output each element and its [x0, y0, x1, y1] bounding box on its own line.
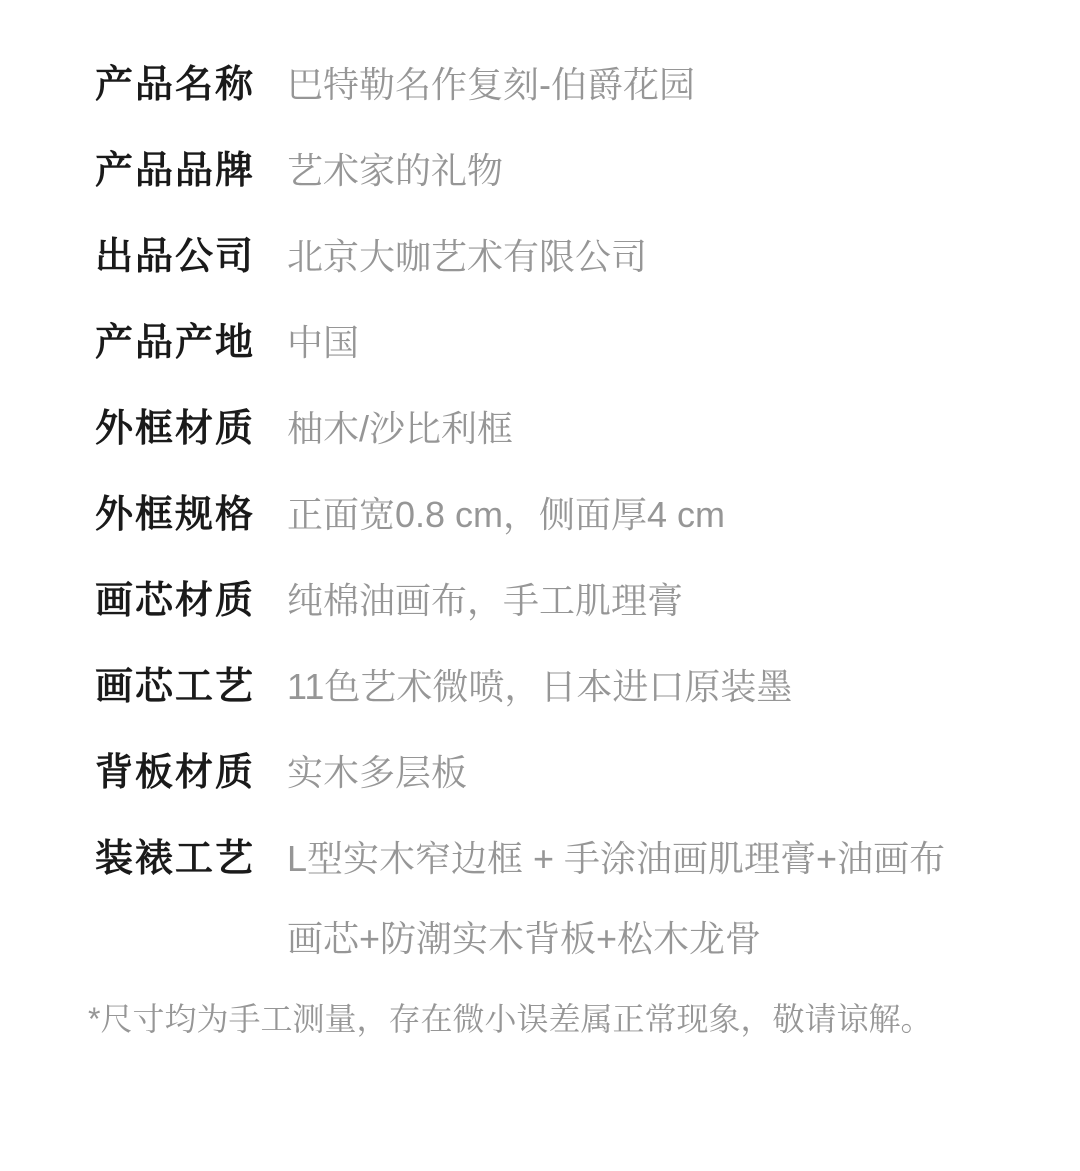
- spec-label: 装裱工艺: [95, 819, 257, 899]
- spec-row-frame-size: 外框规格 正面宽0.8 cm，侧面厚4 cm: [95, 475, 1025, 555]
- spec-value: 纯棉油画布，手工肌理膏: [287, 561, 683, 641]
- spec-value: 巴特勒名作复刻-伯爵花园: [287, 45, 695, 125]
- spec-label: 外框材质: [95, 389, 257, 469]
- spec-value: 柚木/沙比利框: [287, 389, 513, 469]
- spec-value: 北京大咖艺术有限公司: [287, 217, 647, 297]
- spec-row-origin: 产品产地 中国: [95, 303, 1025, 383]
- measurement-disclaimer: *尺寸均为手工测量，存在微小误差属正常现象，敬请谅解。: [88, 997, 1025, 1041]
- spec-row-brand: 产品品牌 艺术家的礼物: [95, 131, 1025, 211]
- spec-value: 11色艺术微喷，日本进口原装墨: [287, 647, 792, 727]
- spec-value: 中国: [287, 303, 359, 383]
- spec-value: 正面宽0.8 cm，侧面厚4 cm: [287, 475, 725, 555]
- spec-label: 画芯材质: [95, 561, 257, 641]
- spec-label: 产品品牌: [95, 131, 257, 211]
- spec-label: 背板材质: [95, 733, 257, 813]
- spec-row-mounting-craft: 装裱工艺 L型实木窄边框 + 手涂油画肌理膏+油画布画芯+防潮实木背板+松木龙骨: [95, 819, 1025, 979]
- spec-value: 实木多层板: [287, 733, 467, 813]
- spec-row-company: 出品公司 北京大咖艺术有限公司: [95, 217, 1025, 297]
- spec-label: 出品公司: [95, 217, 257, 297]
- product-spec-table: 产品名称 巴特勒名作复刻-伯爵花园 产品品牌 艺术家的礼物 出品公司 北京大咖艺…: [0, 0, 1080, 1041]
- spec-row-canvas-craft: 画芯工艺 11色艺术微喷，日本进口原装墨: [95, 647, 1025, 727]
- spec-label: 产品产地: [95, 303, 257, 383]
- spec-label: 外框规格: [95, 475, 257, 555]
- spec-row-product-name: 产品名称 巴特勒名作复刻-伯爵花园: [95, 45, 1025, 125]
- spec-label: 产品名称: [95, 45, 257, 125]
- spec-row-frame-material: 外框材质 柚木/沙比利框: [95, 389, 1025, 469]
- spec-label: 画芯工艺: [95, 647, 257, 727]
- spec-row-backboard-material: 背板材质 实木多层板: [95, 733, 1025, 813]
- spec-value: 艺术家的礼物: [287, 131, 503, 211]
- spec-value: L型实木窄边框 + 手涂油画肌理膏+油画布画芯+防潮实木背板+松木龙骨: [287, 819, 977, 979]
- spec-row-canvas-material: 画芯材质 纯棉油画布，手工肌理膏: [95, 561, 1025, 641]
